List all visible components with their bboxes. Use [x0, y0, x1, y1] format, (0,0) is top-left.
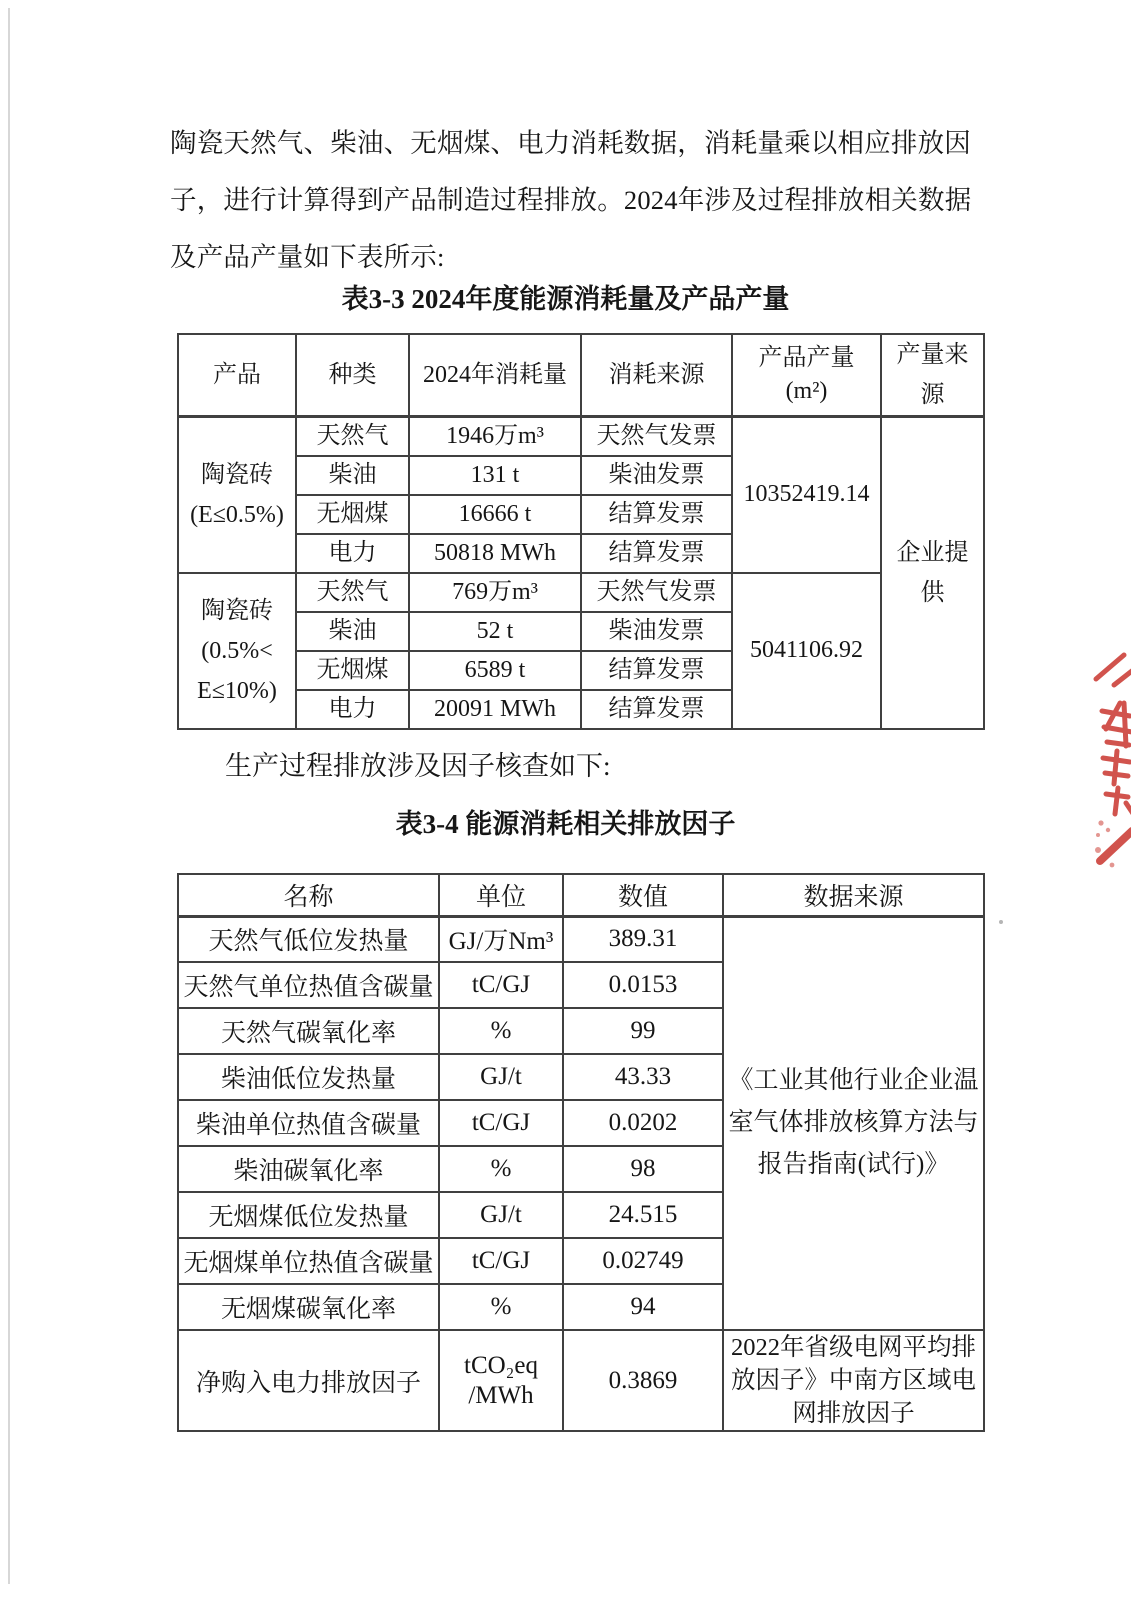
factor-name-cell: 柴油低位发热量 — [178, 1054, 439, 1100]
intro-paragraph: 陶瓷天然气、柴油、无烟煤、电力消耗数据，消耗量乘以相应排放因 子，进行计算得到产… — [170, 115, 985, 286]
col-header-output-source: 产量来源 — [881, 334, 984, 417]
factor-value-cell: 0.0202 — [563, 1100, 723, 1146]
emission-factor-table: 名称 单位 数值 数据来源 天然气低位发热量 GJ/万Nm³ 389.31 《工… — [177, 873, 985, 1432]
output-source-text: 企业提供 — [892, 533, 974, 613]
factor-name-cell: 净购入电力排放因子 — [178, 1330, 439, 1431]
product-cell-group1: 陶瓷砖 (E≤0.5%) — [178, 417, 296, 573]
energy-source-cell: 柴油发票 — [581, 456, 732, 495]
factor-unit-cell: GJ/t — [439, 1192, 563, 1238]
energy-consumption-table: 产品 种类 2024年消耗量 消耗来源 产品产量 (m²) 产量来源 陶瓷砖 (… — [177, 333, 985, 730]
output-cell-group2: 5041106.92 — [732, 573, 881, 729]
table-row: 天然气低位发热量 GJ/万Nm³ 389.31 《工业其他行业企业温室气体排放核… — [178, 916, 984, 962]
factor-value-cell: 43.33 — [563, 1054, 723, 1100]
energy-table-title: 表3-3 2024年度能源消耗量及产品产量 — [0, 284, 1131, 314]
col-header-output: 产品产量 (m²) — [732, 334, 881, 417]
factor-value-cell: 98 — [563, 1146, 723, 1192]
factor-value-cell: 0.0153 — [563, 962, 723, 1008]
energy-amount-cell: 16666 t — [409, 495, 581, 534]
intro-line-3: 及产品产量如下表所示: — [170, 229, 985, 286]
factor-value-cell: 389.31 — [563, 916, 723, 962]
table-row: 陶瓷砖 (E≤0.5%) 天然气 1946万m³ 天然气发票 10352419.… — [178, 417, 984, 456]
energy-source-cell: 柴油发票 — [581, 612, 732, 651]
col-header-consumption: 2024年消耗量 — [409, 334, 581, 417]
energy-amount-cell: 52 t — [409, 612, 581, 651]
energy-source-cell: 结算发票 — [581, 690, 732, 729]
energy-type-cell: 电力 — [296, 534, 409, 573]
col-header-source: 数据来源 — [723, 874, 984, 916]
factor-name-cell: 柴油碳氧化率 — [178, 1146, 439, 1192]
factor-name-cell: 柴油单位热值含碳量 — [178, 1100, 439, 1146]
factor-unit-cell: tC/GJ — [439, 1100, 563, 1146]
factor-source-cell: 2022年省级电网平均排放因子》中南方区域电网排放因子 — [723, 1330, 984, 1431]
factor-shared-source-cell: 《工业其他行业企业温室气体排放核算方法与报告指南(试行)》 — [723, 916, 984, 1330]
energy-header-row: 产品 种类 2024年消耗量 消耗来源 产品产量 (m²) 产量来源 — [178, 334, 984, 417]
energy-amount-cell: 50818 MWh — [409, 534, 581, 573]
scan-edge-artifact — [8, 8, 10, 1584]
energy-amount-cell: 1946万m³ — [409, 417, 581, 456]
col-header-type: 种类 — [296, 334, 409, 417]
energy-amount-cell: 769万m³ — [409, 573, 581, 612]
factor-value-cell: 24.515 — [563, 1192, 723, 1238]
factor-value-cell: 99 — [563, 1008, 723, 1054]
document-page: 陶瓷天然气、柴油、无烟煤、电力消耗数据，消耗量乘以相应排放因 子，进行计算得到产… — [0, 0, 1131, 1600]
output-cell-group1: 10352419.14 — [732, 417, 881, 573]
section-note: 生产过程排放涉及因子核查如下: — [225, 751, 611, 781]
energy-type-cell: 天然气 — [296, 573, 409, 612]
col-header-consumption-source: 消耗来源 — [581, 334, 732, 417]
factor-name-cell: 天然气低位发热量 — [178, 916, 439, 962]
factor-unit-cell: GJ/万Nm³ — [439, 916, 563, 962]
intro-line-1: 陶瓷天然气、柴油、无烟煤、电力消耗数据，消耗量乘以相应排放因 — [170, 115, 985, 172]
factor-value-cell: 0.3869 — [563, 1330, 723, 1431]
product-cell-group2: 陶瓷砖 (0.5%< E≤10%) — [178, 573, 296, 729]
col-header-value: 数值 — [563, 874, 723, 916]
energy-source-cell: 结算发票 — [581, 534, 732, 573]
energy-source-cell: 天然气发票 — [581, 417, 732, 456]
energy-type-cell: 电力 — [296, 690, 409, 729]
factor-table-title: 表3-4 能源消耗相关排放因子 — [0, 809, 1131, 839]
col-header-name: 名称 — [178, 874, 439, 916]
table-row: 净购入电力排放因子 tCO₂eq /MWh 0.3869 2022年省级电网平均… — [178, 1330, 984, 1431]
factor-value-cell: 0.02749 — [563, 1238, 723, 1284]
factor-name-cell: 天然气单位热值含碳量 — [178, 962, 439, 1008]
red-stamp-icon — [1090, 645, 1131, 870]
factor-name-cell: 无烟煤单位热值含碳量 — [178, 1238, 439, 1284]
factor-unit-cell: tC/GJ — [439, 962, 563, 1008]
energy-source-cell: 天然气发票 — [581, 573, 732, 612]
energy-type-cell: 柴油 — [296, 612, 409, 651]
factor-unit-cell: % — [439, 1284, 563, 1330]
intro-line-2: 子，进行计算得到产品制造过程排放。2024年涉及过程排放相关数据 — [170, 172, 985, 229]
energy-source-cell: 结算发票 — [581, 651, 732, 690]
energy-source-cell: 结算发票 — [581, 495, 732, 534]
energy-type-cell: 天然气 — [296, 417, 409, 456]
factor-name-cell: 无烟煤碳氧化率 — [178, 1284, 439, 1330]
scan-speck — [999, 920, 1003, 924]
factor-value-cell: 94 — [563, 1284, 723, 1330]
table-row: 陶瓷砖 (0.5%< E≤10%) 天然气 769万m³ 天然气发票 50411… — [178, 573, 984, 612]
factor-unit-cell: % — [439, 1008, 563, 1054]
factor-header-row: 名称 单位 数值 数据来源 — [178, 874, 984, 916]
factor-unit-cell: GJ/t — [439, 1054, 563, 1100]
energy-type-cell: 无烟煤 — [296, 651, 409, 690]
factor-unit-cell: tC/GJ — [439, 1238, 563, 1284]
col-header-product: 产品 — [178, 334, 296, 417]
energy-amount-cell: 20091 MWh — [409, 690, 581, 729]
output-source-cell: 企业提供 — [881, 417, 984, 729]
energy-amount-cell: 6589 t — [409, 651, 581, 690]
energy-type-cell: 无烟煤 — [296, 495, 409, 534]
col-header-unit: 单位 — [439, 874, 563, 916]
factor-unit-cell: tCO₂eq /MWh — [439, 1330, 563, 1431]
factor-unit-cell: % — [439, 1146, 563, 1192]
factor-name-cell: 天然气碳氧化率 — [178, 1008, 439, 1054]
col-header-output-source-text: 产量来源 — [892, 335, 974, 415]
energy-type-cell: 柴油 — [296, 456, 409, 495]
energy-amount-cell: 131 t — [409, 456, 581, 495]
factor-name-cell: 无烟煤低位发热量 — [178, 1192, 439, 1238]
